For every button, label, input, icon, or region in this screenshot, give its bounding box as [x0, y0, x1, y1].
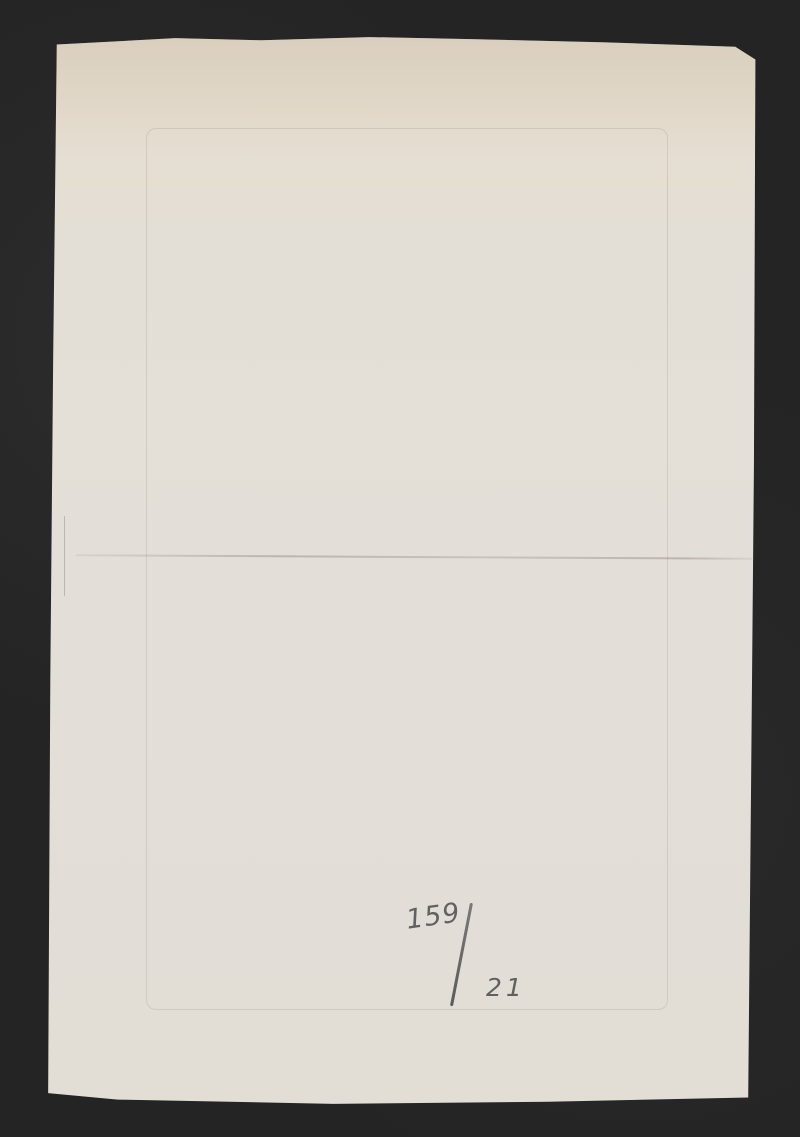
annotation-numerator: 159 — [404, 897, 462, 935]
edge-crease — [64, 516, 65, 596]
annotation-denominator: 21 — [486, 973, 526, 1002]
pencil-annotation: 159 21 — [400, 895, 550, 1025]
plate-mark-outline — [146, 128, 668, 1010]
